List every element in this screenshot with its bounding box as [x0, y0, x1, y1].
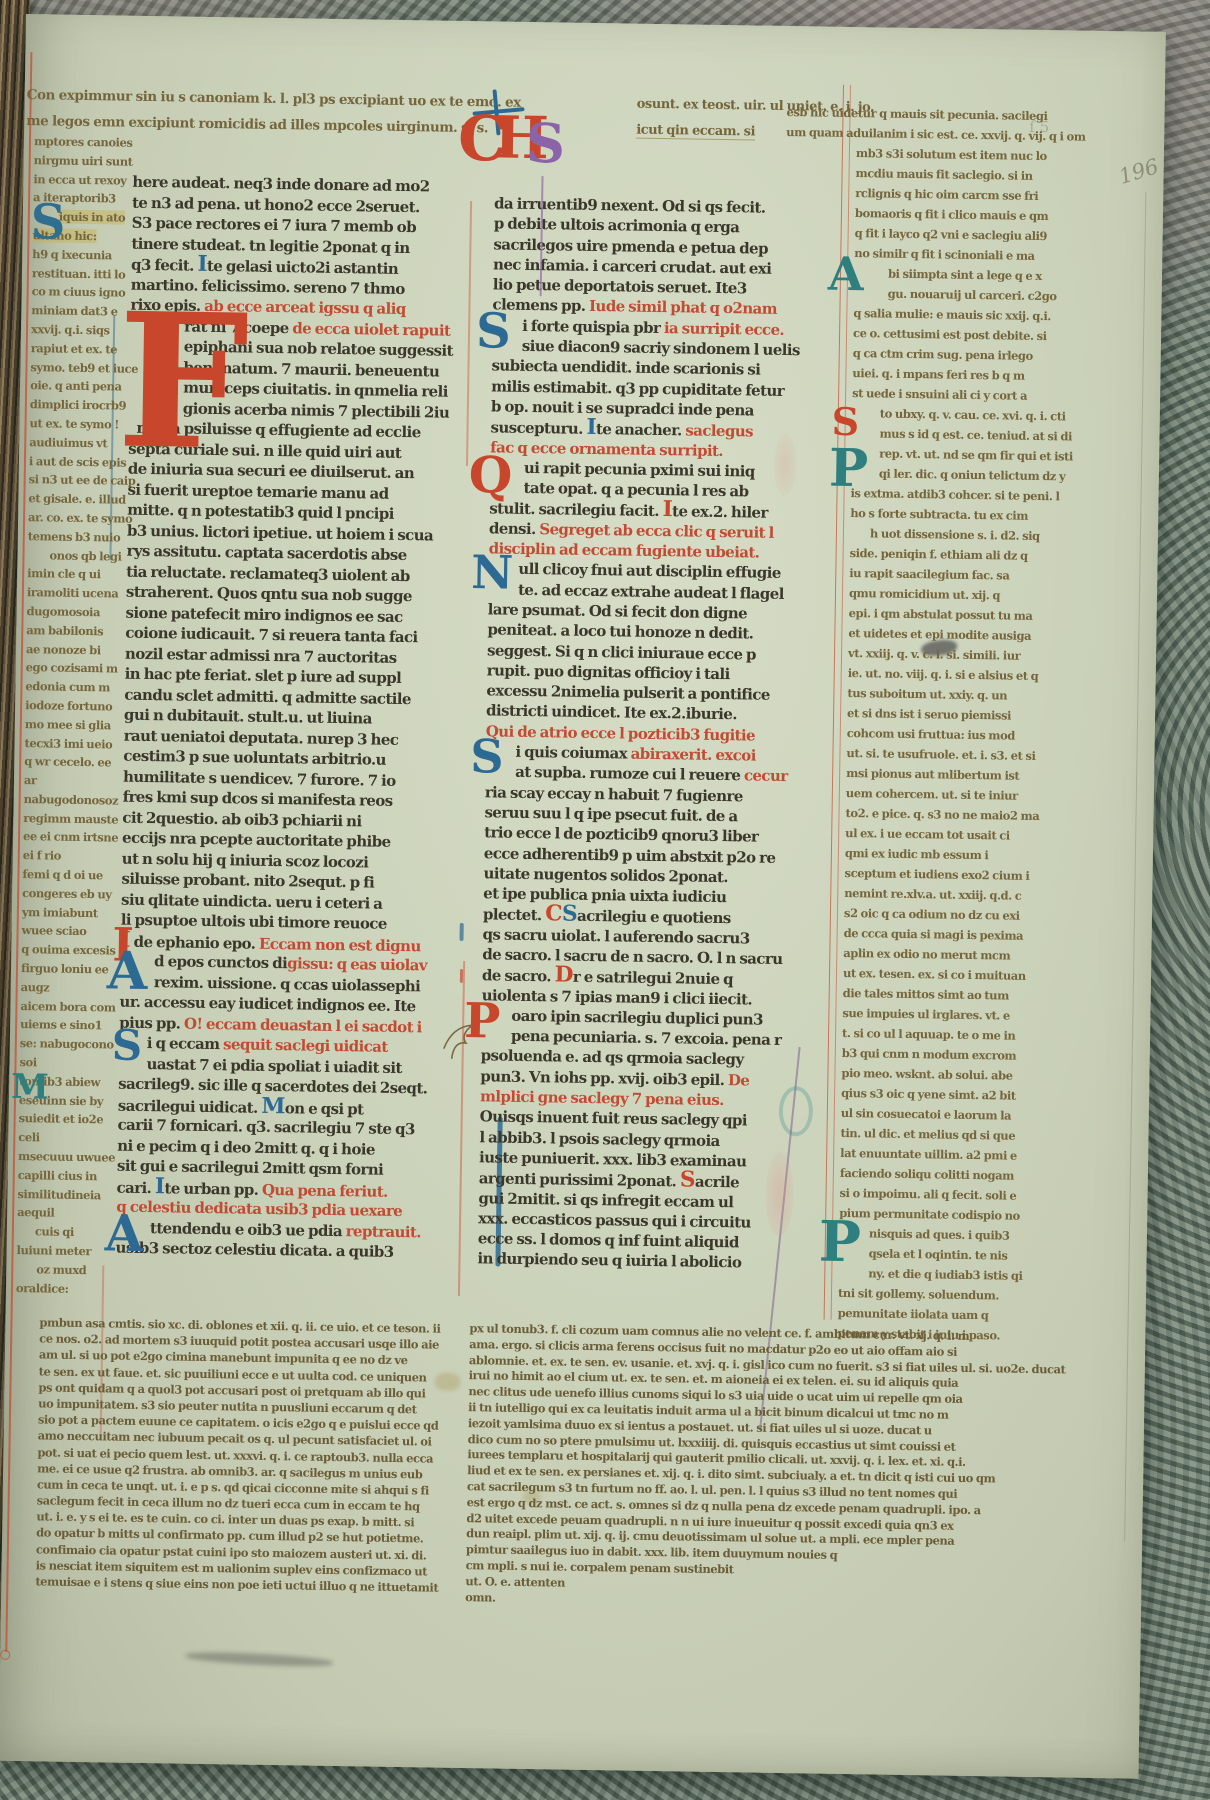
text-segment: xxx. eccasticos passus qui i circuitu [478, 1209, 751, 1231]
text-segment: capilli cius in [18, 1168, 97, 1183]
text-segment: candu sclet admitti. q admitte sactile [124, 685, 411, 707]
text-segment: i q eccam [147, 1034, 224, 1053]
text-segment: ecce ss. l domos q inf fuint aliquid [478, 1229, 739, 1251]
text-segment: is extma. atdib3 cohcer. si te peni. l [850, 486, 1059, 503]
text-segment: q ca ctm crim sug. pena irlego [853, 346, 1033, 363]
text-line: se: nabugocono [20, 1034, 120, 1054]
text-line: mptores canoies [34, 132, 134, 152]
text-line: aequil [17, 1203, 117, 1223]
text-segment: lio petue deportatois seruet. Ite3 [493, 276, 747, 298]
text-segment: mlplici gne saclegy 7 pena eius. [480, 1087, 724, 1109]
text-line: onos qb legi [49, 546, 127, 566]
text-segment: tni sit gollemy. soluendum. [838, 1286, 999, 1303]
text-line: oie. q anti pena [30, 376, 130, 396]
text-segment: de ecca uiolet rapuit [292, 319, 450, 339]
text-line: i aut de scis epis [29, 452, 129, 472]
text-segment: tin. ul dic. et melius qd si que [840, 1126, 1015, 1143]
text-segment: regimm mauste [23, 811, 118, 826]
text-segment: suiedit et io2e [19, 1111, 104, 1126]
text-segment: q celestiu dedicata usib3 pdia uexare [116, 1198, 402, 1220]
text-line: symo. teb9 et iuce [30, 358, 130, 378]
text-segment: st uede i snsuini ali ci y cort a [852, 386, 1027, 403]
text-segment: ut ex. te symo ! [29, 416, 119, 431]
text-segment: Con expimmur sin iu s canoniam k. l. pl3… [27, 87, 521, 111]
text-segment: mitte. q n potestatib3 quid l pncipi [127, 501, 394, 523]
monogram-letter-s: S [526, 122, 566, 165]
text-segment: wuee sciao [21, 924, 86, 939]
text-segment: pemunitate iiolata uam q [838, 1306, 989, 1322]
bottom-gloss-left: pmbun asa cmtis. sio xc. di. oblones et … [35, 1314, 441, 1595]
text-segment: cit 2questio. ab oib3 pchiarii ni [122, 808, 361, 830]
text-segment: rupit. puo dignitas officioy i tali [487, 661, 730, 683]
text-segment: q ouima excesis [21, 942, 115, 957]
text-segment: gui 2mitit. si qs infregit eccam ul [478, 1189, 733, 1211]
text-segment: de ephanio epo. [130, 932, 259, 952]
text-segment: qs sacru uiolat. l auferendo sacru3 [482, 925, 749, 947]
text-segment: side. peniqin f. ethiam ali dz q [850, 546, 1028, 563]
text-line: audiuimus vt [29, 433, 129, 453]
text-line: luiuni meter [16, 1241, 116, 1261]
text-line: imin cle q ui [27, 564, 127, 584]
text-segment: siluisse probant. nito 2sequt. p fi [121, 870, 374, 892]
text-segment: psoluenda e. ad qs qrmoia saclegy [481, 1047, 744, 1069]
text-segment: ut n solu hij q iniuria scoz locozi [122, 849, 369, 871]
text-segment: xxvij. q.i. siqs [31, 322, 110, 337]
text-segment: sacrilegos uire pmenda e petua dep [493, 235, 768, 257]
text-segment: ul sin cosuecatoi e laorum la [841, 1106, 1011, 1123]
text-line: oz muxd [36, 1260, 116, 1280]
text-segment: saclegus [685, 422, 753, 441]
text-segment: mb3 s3i solutum est item nuc lo [856, 146, 1047, 163]
decorated-initial-a-rightgloss: A [828, 257, 864, 293]
text-segment: oaro ipin sacrilegiu duplici pun3 [511, 1007, 763, 1029]
text-line: oraldice: [16, 1279, 116, 1299]
text-line: restituan. itti lo [32, 264, 132, 284]
text-line: ee ei cnm irtsne [23, 828, 123, 848]
text-segment: die tales mittos simt ao tum [843, 986, 1009, 1003]
text-segment: ut. O. e. attenten [465, 1574, 565, 1590]
text-segment: onos qb legi [49, 548, 121, 563]
text-segment: carii 7 fornicari. q3. sacrilegiu 7 ste … [117, 1116, 414, 1139]
text-segment: q wr cecelo. ee [24, 754, 111, 769]
text-line: ego cozisami m [26, 658, 126, 678]
text-line: congeres eb uy [22, 884, 122, 904]
text-line: et gisale. e. illud [28, 489, 128, 509]
text-segment: audiuimus vt [29, 435, 107, 450]
decorated-initial-s-leftgloss: S [30, 204, 65, 242]
right-margin-gloss: esb hic uidetur q mauis sit pecunia. sac… [837, 103, 1086, 1346]
text-line: co m ciuus igno [31, 282, 131, 302]
text-line: celi [18, 1128, 118, 1148]
text-segment: nirgmu uiri sunt [34, 153, 133, 169]
text-segment: femi q d oi ue [22, 867, 103, 882]
text-segment: reptrauit. [346, 1222, 422, 1241]
text-segment: t. si co ul l aquuap. te o me in [842, 1026, 1015, 1043]
text-segment: rapiut et ex. te [31, 341, 118, 356]
text-segment: argenti purissimi 2ponat. [479, 1170, 680, 1191]
text-segment: iu rapit saacilegium fac. sa [849, 566, 1009, 583]
text-segment: oie. q anti pena [30, 378, 122, 393]
text-segment: te. ad eccaz extrahe audeat l flagel [518, 580, 784, 602]
text-segment: gu. nouaruij ul carceri. c2go [888, 287, 1057, 304]
text-segment: am babilonis [26, 623, 103, 638]
text-segment: I [662, 498, 672, 523]
decorated-initial-s-col1: S [112, 1029, 143, 1062]
text-segment: no similr q fit i scinoniali e ma [854, 246, 1034, 263]
text-line: si n3 ut ee de caip [29, 470, 129, 490]
text-segment: esb hic uidetur q mauis sit pecunia. sac… [786, 105, 1047, 123]
text-line: femi q d oi ue [22, 865, 122, 885]
text-segment: celi [18, 1130, 39, 1144]
gutter-paraph-red [460, 969, 463, 983]
text-line: ar. co. ex. te symo [28, 508, 128, 528]
text-line: edonia cum m [25, 677, 125, 697]
text-segment: D [554, 963, 573, 988]
text-segment: S [680, 1168, 696, 1193]
text-segment: uiei. q. i mpans feri res b q m [852, 366, 1024, 383]
text-segment: plectet. [483, 906, 546, 925]
text-line: nirgmu uiri sunt [34, 151, 134, 171]
text-segment: luiuni meter [16, 1243, 91, 1258]
text-segment: pena pecuniaria. s. 7 excoia. pena r [511, 1027, 782, 1049]
text-segment: te n3 ad pena. ut hono2 ecce 2seruet. [132, 193, 420, 216]
text-segment: uiems e sino1 [20, 1017, 102, 1032]
text-line: ut ex. te symo ! [29, 414, 129, 434]
text-segment: ny. et die q iudiab3 istis qi [868, 1266, 1022, 1282]
text-segment: sequit saclegi uidicat [223, 1035, 388, 1056]
text-line: am babilonis [26, 621, 126, 641]
decorated-initial-p-rightgloss: P [829, 449, 869, 490]
text-segment: ui rapit pecunia pximi sui iniq [524, 459, 755, 481]
text-segment: iquis in ato [59, 210, 126, 225]
text-segment: rexim. uissione. q ccas uiolassephi [154, 973, 421, 995]
text-line: similitudineia [17, 1185, 117, 1205]
text-segment: qi ler. dic. q oniun telictum dz y [879, 466, 1066, 483]
text-segment: firguo loniu ee [21, 961, 109, 976]
text-segment: ull clicoy fnui aut disciplin effugie [518, 560, 781, 582]
text-segment: fac q ecce ornamenta surripit. [490, 438, 723, 460]
text-segment: cestim3 p sue uoluntats arbitrio.u [123, 747, 386, 769]
text-line: in ecca ut rexoy [33, 170, 133, 190]
text-segment: imin cle q ui [27, 566, 101, 581]
text-segment: Ouisqs inuent fuit reus saclegy qpi [480, 1108, 747, 1130]
text-segment: qmu romicidium ut. xij. q [849, 586, 1000, 602]
text-segment: uitate nugentos solidos 2ponat. [483, 864, 728, 886]
text-line: iodoze fortuno [25, 696, 125, 716]
text-segment: pium permunitate codispio no [839, 1206, 1020, 1223]
text-line: ym imiabunt [22, 903, 122, 923]
text-segment: congeres eb uy [22, 886, 112, 901]
text-segment: C [545, 902, 562, 927]
text-segment: edonia cum m [25, 679, 110, 694]
text-segment: b op. nouit i se supradci inde pena [491, 397, 754, 419]
text-segment: pio meo. wsknt. ab solui. abe [841, 1066, 1012, 1083]
text-segment: tate opat. q a pecunia l res ab [523, 479, 748, 501]
text-segment: cari. [116, 1178, 155, 1197]
text-segment: vt. xxiij. q. v. c. i. si. simili. iur [848, 646, 1020, 663]
text-segment: i aut de scis epis [29, 454, 127, 470]
text-segment: lat enuuntate uillim. a2 pmi e [840, 1146, 1017, 1163]
text-segment: q fit i layco q2 vni e saclegiu ali9 [855, 226, 1048, 243]
text-segment: te anacher. [596, 420, 686, 439]
text-segment: uem cohercem. ut. si te iniur [846, 786, 1018, 803]
decorated-initial-q-col2: Q [469, 455, 513, 495]
text-segment: S [562, 902, 578, 927]
left-ruling-terminal-loop [0, 1650, 10, 1660]
text-segment: ar [24, 773, 37, 787]
text-segment: here audeat. neq3 inde donare ad mo2 [132, 173, 430, 196]
bottom-margin-smudge [185, 1650, 333, 1668]
text-segment: eccijs nra pcepte auctoritate phibe [122, 829, 391, 851]
text-segment: l abbib3. l psois saclegy qrmoia [479, 1128, 720, 1150]
text-segment: h uot dissensione s. i. d2. siq [870, 526, 1040, 543]
text-segment: suscepturu. [490, 419, 586, 439]
decorated-initial-s-rightgloss: S [831, 407, 859, 437]
bottom-gloss-right: px ul tonub3. f. cli cozum uam comnus al… [465, 1321, 1069, 1615]
decorated-initial-a2-col1: A [105, 1213, 144, 1253]
text-segment: De [728, 1071, 750, 1089]
text-line: rapiut et ex. te [31, 339, 131, 359]
text-segment: raut ueniatoi deputata. nurep 3 hec [124, 726, 399, 748]
text-segment: mptores canoies [34, 134, 133, 150]
text-segment: coione iudicauit. 7 si reuera tanta faci [125, 624, 418, 647]
text-segment: dimplici irocrb9 [30, 397, 126, 413]
text-segment: ur. accessu eay iudicet indignos ee. Ite [119, 993, 415, 1016]
text-segment: sceptum et iudiens exo2 cium i [844, 866, 1029, 883]
text-segment: qmi ex iudic mb essum i [845, 846, 989, 862]
text-segment: restituan. itti lo [32, 266, 126, 281]
text-segment: at supba. rumoze cui l reuere [515, 763, 744, 785]
decorated-initial-p2-rightgloss: P [818, 1221, 861, 1265]
text-segment: oraldice: [16, 1281, 69, 1296]
text-line: ae nonoze bi [26, 640, 126, 660]
text-segment: peniteat. a loco tui honoze n dedit. [487, 621, 753, 643]
text-segment: ia surripit ecce. [664, 319, 784, 339]
text-segment: districti uindicet. Ite ex.2.iburie. [486, 702, 737, 724]
text-line: in durpiendo seu q iuiria l abolicio [477, 1249, 825, 1275]
decorated-initial-m-leftgloss: M [11, 1074, 49, 1101]
text-segment: d epos cunctos di [154, 952, 287, 972]
text-segment: et si dns ist i seruo piemissi [847, 706, 1011, 723]
text-segment: b3 qui cnm n modum excrom [842, 1046, 1017, 1063]
text-segment: ie. ut. no. viij. q. i. si e alsius et q [848, 666, 1039, 683]
text-segment: et uidetes et epi modite ausiga [848, 626, 1031, 643]
text-segment: O! eccam deuastan l ei sacdot i [184, 1014, 422, 1036]
text-segment: epi. i qm abstulat possut tu ma [849, 606, 1033, 623]
text-line: mo mee si glia [25, 715, 125, 735]
text-line: capilli cius in [18, 1166, 118, 1186]
text-segment: ei f rio [23, 848, 61, 863]
text-segment: subiecta uendidit. inde scarionis si [491, 357, 760, 379]
text-segment: cohcom usi fruttua: ius mod [847, 726, 1015, 743]
text-line: msecuuu uwuee [18, 1147, 118, 1167]
text-line: suiedit et io2e [18, 1109, 118, 1129]
text-segment: de ccca quia si magi is pexima [844, 926, 1024, 943]
text-segment: aplin ex odio no merut mcm [843, 946, 1010, 963]
text-segment: tus suboitum ut. xxiy. q. un [847, 686, 1007, 703]
text-segment: li psuptoe ultois ubi timore reuoce [121, 911, 387, 933]
text-segment: iramoliti ucena [27, 585, 119, 600]
text-segment: seruu suu l q ipe psecut fuit. de a [484, 803, 737, 825]
text-line: q wr cecelo. ee [24, 752, 124, 772]
decorated-initial-s2-col2: S [470, 739, 504, 775]
text-segment: Segreget ab ecca clic q seruit l [539, 520, 774, 542]
text-line: ar [24, 771, 124, 791]
text-segment: qius s3 oic q yene simt. a2 bit [841, 1086, 1016, 1103]
decorated-initial-n-col2: N [471, 555, 514, 592]
text-segment: ee ei cnm irtsne [23, 830, 118, 845]
text-segment: ul ex. i ue eccam tot usait ci [845, 826, 1010, 843]
text-segment: r e satrilegui 2nuie q [573, 968, 733, 989]
text-line: nabugodonosoz [24, 790, 124, 810]
text-segment: augz [21, 980, 50, 994]
text-segment: nozil estar admissi nra 7 auctoritas [125, 644, 397, 666]
decorated-initial-p-col2: P [464, 1003, 501, 1041]
text-line: regimm mauste [23, 809, 123, 829]
text-segment: temens b3 nuio [28, 529, 121, 544]
text-segment: seggest. Si q n clici iniuraue ecce p [487, 641, 756, 663]
text-segment: trio ecce l de pozticib9 qnoru3 liber [484, 824, 758, 846]
text-segment: sione patefecit miro indignos ee sac [125, 603, 402, 625]
text-segment: sue impuies ul irglares. vt. e [842, 1006, 1010, 1023]
text-segment: aequil [17, 1205, 54, 1220]
text-segment: bomaoris q fit i clico mauis e qm [855, 206, 1049, 223]
text-segment: rclignis q hic oim carcm sse fri [855, 186, 1038, 203]
main-text-column-2: da irruentib9 nexent. Od si qs fecit.p d… [477, 193, 842, 1274]
text-segment: q salia mulie: e mauis sic xxij. q.i. [853, 306, 1051, 323]
text-segment: I [155, 1174, 165, 1199]
text-segment: to ubxy. q. v. cau. ce. xvi. q. i. cti [880, 406, 1066, 423]
text-segment: ut. si. te usufruole. et. i. s3. et si [846, 746, 1035, 763]
text-segment: s2 oic q ca odium no dz cu exi [844, 906, 1020, 923]
text-segment: in durpiendo seu q iuiria l abolicio [477, 1250, 741, 1272]
text-line: iquis in ato [59, 208, 133, 228]
text-segment: nabugodonosoz [24, 792, 119, 807]
text-segment: et gisale. e. illud [28, 491, 126, 507]
text-segment: acrilegiu e quotiens [577, 907, 731, 927]
text-line: iramoliti ucena [27, 583, 127, 603]
decorated-initial-f: F [116, 311, 250, 452]
text-segment: ttendendu e oib3 ue pdia [150, 1219, 346, 1240]
text-segment: de sacro. [482, 967, 555, 986]
text-segment: iodoze fortuno [25, 698, 112, 713]
text-segment: M [261, 1093, 285, 1118]
text-segment: disciplin ad eccam fugiente ubeiat. [489, 539, 760, 561]
text-line: ei f rio [23, 846, 123, 866]
text-segment: faciendo soliqu colitti nogam [840, 1166, 1014, 1183]
text-segment: aicem bora com [20, 999, 115, 1014]
text-segment: tinere studeat. tn legitie 2ponat q in [131, 234, 409, 256]
text-segment: bi siimpta sint a lege q e x [888, 267, 1042, 283]
text-segment: to2. e pice. q. s3 no ne maio2 ma [845, 806, 1039, 823]
text-segment: on e qsi pt [285, 1099, 364, 1118]
text-segment: miniam dat3 e [31, 303, 117, 318]
text-segment: ria scay eccay n habuit 7 fugienre [485, 783, 743, 805]
text-segment: mus s id q est. ce. teniud. at si di [879, 426, 1072, 443]
text-line: uiems e sino1 [20, 1015, 120, 1035]
manuscript-photo: { "page": { "folio_number": "196", "foli… [0, 0, 1210, 1800]
text-segment: abiraxerit. excoi [631, 745, 756, 765]
text-segment: acrile [695, 1173, 739, 1192]
text-segment: Iude simil phat q o2nam [589, 297, 777, 318]
manuscript-page: 196 ſ 5 C H S Con expimmur sin iu s cano… [0, 14, 1166, 1779]
text-segment: Eccam non est dignu [259, 934, 421, 955]
folio-number: 196 [1116, 154, 1161, 189]
text-segment: nemint re.xlv.a. ut. xxiij. q.d. c [844, 886, 1021, 903]
text-segment: ni e pecim q i deo 2mitt q. q i hoie [117, 1136, 375, 1158]
text-line: aicem bora com [20, 997, 120, 1017]
text-segment: uiolenta s 7 ipias man9 i clici iiecit. [482, 986, 753, 1008]
text-segment: straherent. Quos qntu sua nob sugge [126, 583, 412, 605]
text-segment: msi pionus aut mlibertum ist [846, 766, 1019, 783]
text-segment: cecur [744, 767, 788, 786]
text-segment: co m ciuus igno [32, 284, 126, 299]
text-segment: ae nonoze bi [26, 642, 101, 657]
text-line: wuee sciao [21, 922, 121, 942]
text-line: miniam dat3 e [31, 301, 131, 321]
text-segment: omn. [465, 1590, 496, 1604]
text-segment: rys assitutu. captata sacerdotis abse [126, 542, 406, 564]
text-segment: qsela et l oqintin. te nis [869, 1246, 1008, 1262]
text-segment: tecxi3 imi ueio [24, 736, 112, 751]
text-segment: siu qlitate uindicta. ueru i ceteri a [121, 890, 383, 912]
text-segment: gissu: q eas uiolav [287, 954, 427, 974]
text-segment: in hac pte feriat. slet p iure ad suppl [125, 665, 402, 687]
text-segment: pun3. Vn iohs pp. xvij. oib3 epil. [480, 1067, 728, 1089]
text-segment: densi. [489, 519, 540, 538]
text-segment: ego cozisami m [26, 660, 118, 675]
text-segment: Qua pena feriut. [262, 1180, 388, 1200]
text-segment: usib3 sectoz celestiu dicata. a quib3 [115, 1239, 393, 1261]
page-crease-line [1124, 192, 1146, 1542]
text-segment: msecuuu uwuee [18, 1149, 115, 1165]
text-segment: oz muxd [36, 1262, 86, 1277]
text-segment: ut ex. tesen. ex. si co i muituan [843, 966, 1026, 983]
left-margin-gloss: mptores canoiesnirgmu uiri suntin ecca u… [16, 132, 134, 1299]
text-segment: um quam aduilanim i sic est. ce. xxvij. … [786, 125, 1086, 144]
text-segment: sacrilegui uidicat. [118, 1096, 262, 1116]
text-segment: mo mee si glia [25, 717, 111, 732]
text-segment: se: nabugocono [20, 1036, 114, 1051]
text-segment: icut qin eccam. si [636, 123, 755, 141]
text-segment: et ipe publica pnia uixta iudiciu [483, 884, 726, 906]
text-line: temens b3 nuio [28, 527, 128, 547]
text-segment: nisquis ad ques. i quib3 [869, 1226, 1010, 1242]
text-segment: ar. co. ex. te symo [28, 510, 132, 526]
text-segment: in ecca ut rexoy [33, 172, 126, 187]
gutter-paraph-blue [459, 923, 463, 941]
text-segment: tia reluctate. reclamateq3 uiolent ab [126, 562, 410, 584]
text-line: tecxi3 imi ueio [24, 734, 124, 754]
text-segment: mcdiu mauis fit saclegio. si in [855, 166, 1032, 183]
text-segment: lare psumat. Od si fecit don digne [488, 600, 748, 622]
text-line: xxvij. q.i. siqs [31, 320, 131, 340]
text-segment: Qui de atrio ecce l pozticib3 fugitie [486, 722, 756, 744]
text-segment: i forte quispia pbr [522, 317, 664, 337]
text-segment: ho s forte subtracta. tu ex cim [850, 506, 1028, 523]
text-segment: iuste puniuerit. xxx. lib3 examinau [479, 1148, 747, 1170]
text-segment: similitudineia [17, 1187, 101, 1202]
text-segment: te ex.2. hiler [672, 503, 768, 523]
text-line: dimplici irocrb9 [30, 395, 130, 415]
text-segment: si o impoimu. ali q fecit. soli e [839, 1186, 1016, 1203]
text-segment: dugomosoia [27, 604, 101, 619]
text-segment: stulit. sacrilegiu facit. [489, 500, 663, 521]
text-segment: ce o. cettusimi est post debite. si [853, 326, 1047, 343]
text-segment: i quis coiumax [515, 743, 630, 763]
text-segment: rep. vt. ut. nd se qm fir qui et isti [879, 446, 1073, 463]
text-line: dugomosoia [26, 602, 126, 622]
